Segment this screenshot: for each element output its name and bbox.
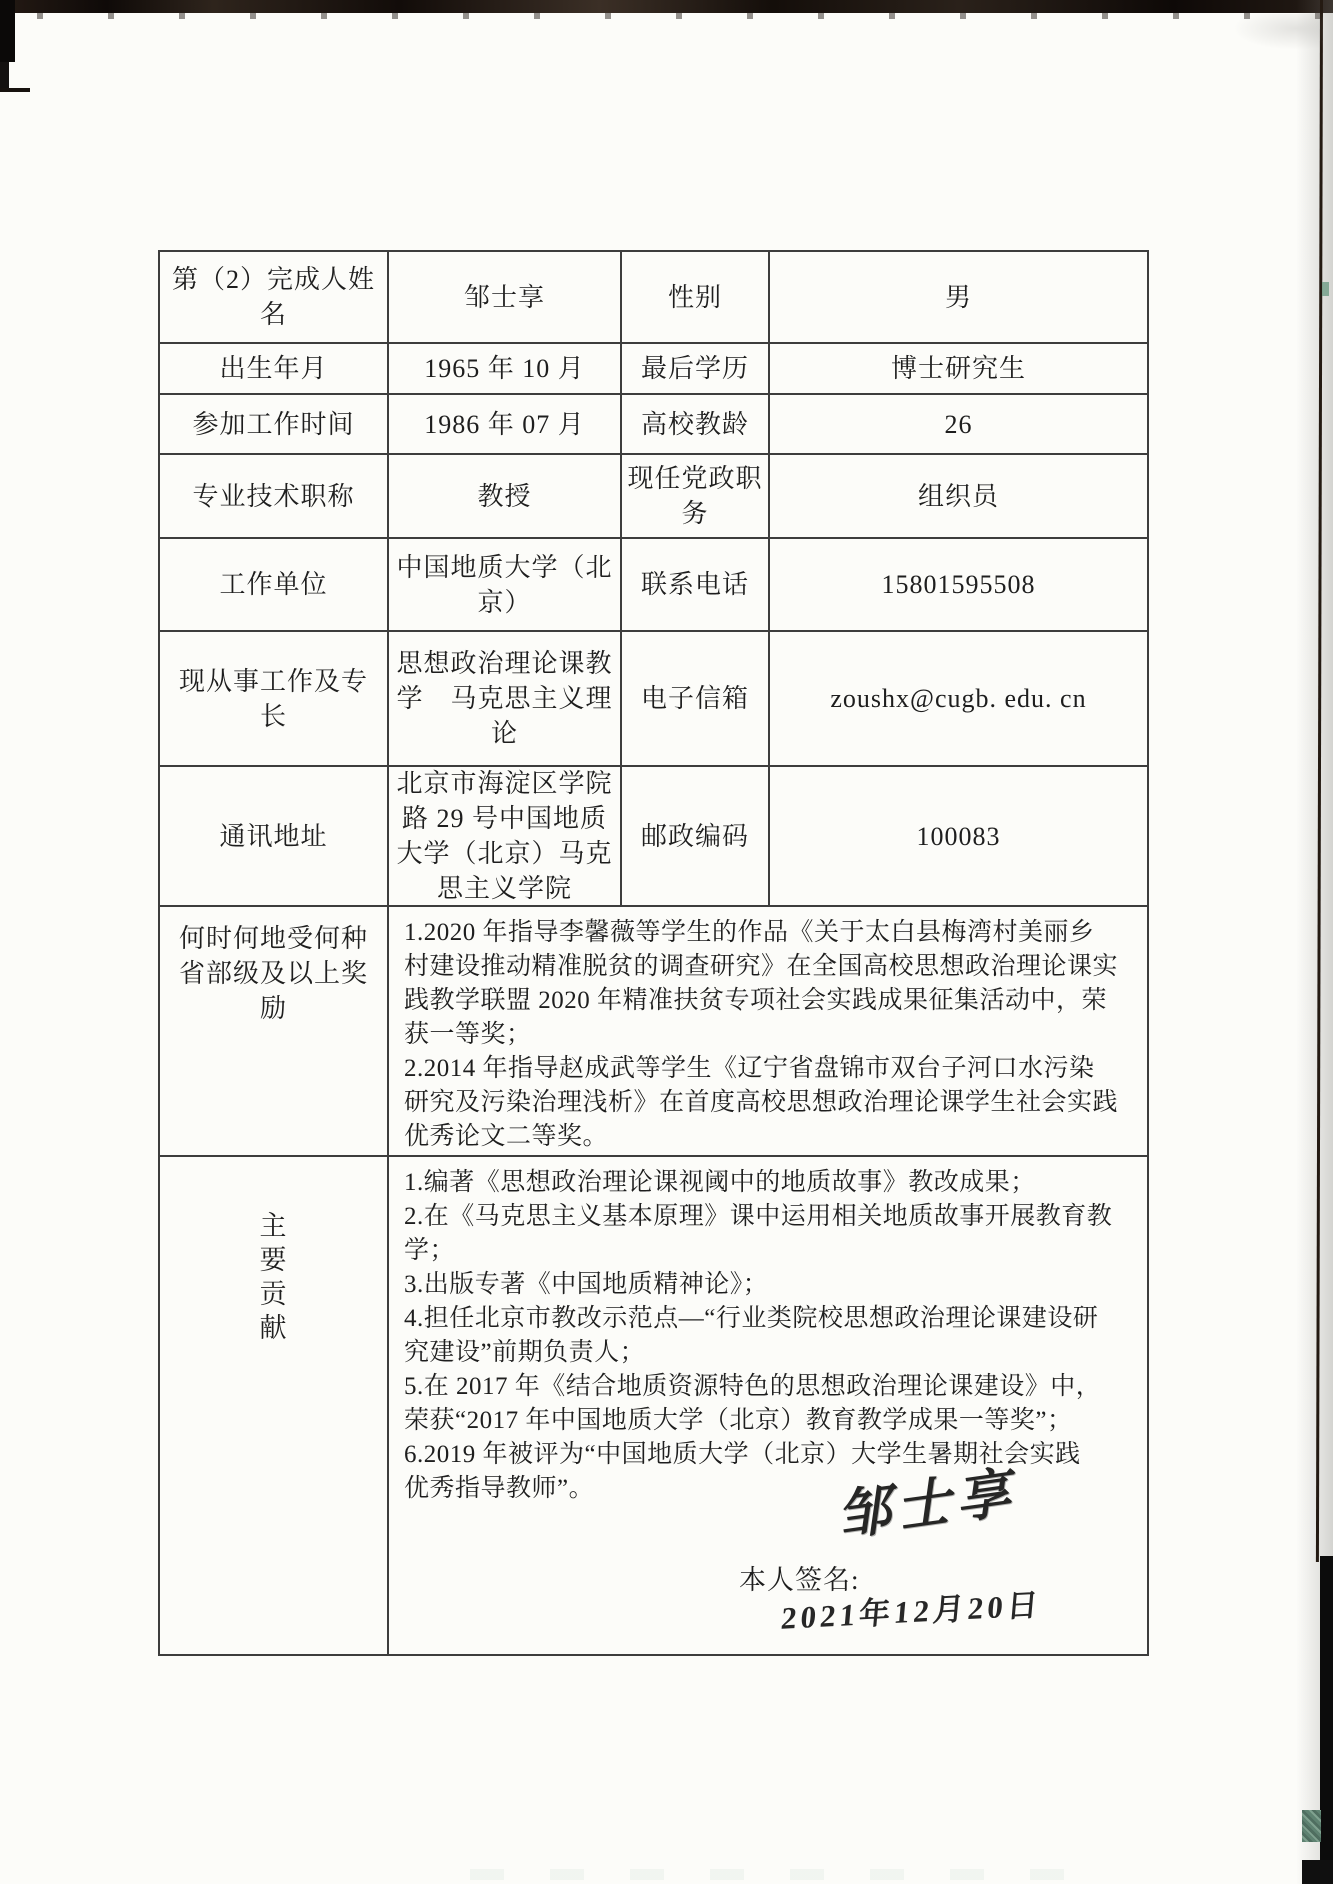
cell-value-awards: 1.2020 年指导李馨薇等学生的作品《关于太白县梅湾村美丽乡 村建设推动精准脱… xyxy=(389,907,1147,1157)
scan-right-edge-foot xyxy=(1302,1860,1333,1884)
cell-label-gender: 性别 xyxy=(622,252,770,344)
cell-label-work-start: 参加工作时间 xyxy=(160,395,389,455)
scan-edge-top xyxy=(0,0,1333,13)
cell-label-email: 电子信箱 xyxy=(622,632,770,767)
cell-value-employer: 中国地质大学（北 京） xyxy=(389,539,622,632)
cell-value-email: zoushx@cugb. edu. cn xyxy=(770,632,1147,767)
cell-value-name: 邹士享 xyxy=(389,252,622,344)
handwritten-signature: 邹士享 xyxy=(839,1474,1022,1534)
scan-right-edge-strip xyxy=(1320,1556,1333,1884)
cell-value-party-post: 组织员 xyxy=(770,455,1147,539)
scanned-form-page: 第（2）完成人姓 名 邹士享 性别 男 出生年月 1965 年 10 月 最后学… xyxy=(0,0,1333,1884)
cell-value-final-degree: 博士研究生 xyxy=(770,344,1147,395)
cell-label-party-post: 现任党政职 务 xyxy=(622,455,770,539)
cell-label-final-degree: 最后学历 xyxy=(622,344,770,395)
cell-label-teaching-years: 高校教龄 xyxy=(622,395,770,455)
cell-label-address: 通讯地址 xyxy=(160,767,389,907)
cell-label-postcode: 邮政编码 xyxy=(622,767,770,907)
cell-label-birth-date: 出生年月 xyxy=(160,344,389,395)
cell-value-postcode: 100083 xyxy=(770,767,1147,907)
cell-label-contributions: 主 要 贡 献 xyxy=(160,1157,389,1654)
cell-value-prof-title: 教授 xyxy=(389,455,622,539)
cell-value-contributions: 1.编著《思想政治理论课视阈中的地质故事》教改成果； 2.在《马克思主义基本原理… xyxy=(389,1157,1147,1654)
scan-corner-block-2 xyxy=(0,62,9,90)
scan-bottom-smudge xyxy=(470,1869,1070,1880)
cell-value-teaching-years: 26 xyxy=(770,395,1147,455)
cell-value-current-work: 思想政治理论课教 学 马克思主义理 论 xyxy=(389,632,622,767)
scan-teal-mark-top xyxy=(1322,282,1329,296)
cell-value-address: 北京市海淀区学院 路 29 号中国地质 大学（北京）马克 思主义学院 xyxy=(389,767,622,907)
personnel-form-table: 第（2）完成人姓 名 邹士享 性别 男 出生年月 1965 年 10 月 最后学… xyxy=(158,250,1149,1656)
scan-corner-tick xyxy=(0,88,30,92)
signature-label: 本人签名: xyxy=(739,1563,860,1597)
cell-label-awards: 何时何地受何种 省部级及以上奖 励 xyxy=(160,907,389,1157)
cell-label-phone: 联系电话 xyxy=(622,539,770,632)
cell-value-gender: 男 xyxy=(770,252,1147,344)
scan-corner-block xyxy=(0,0,15,62)
cell-label-employer: 工作单位 xyxy=(160,539,389,632)
scan-gray-fog xyxy=(1233,14,1323,50)
contributions-text: 1.编著《思想政治理论课视阈中的地质故事》教改成果； 2.在《马克思主义基本原理… xyxy=(404,1166,1112,1506)
cell-label-current-work: 现从事工作及专 长 xyxy=(160,632,389,767)
cell-value-work-start: 1986 年 07 月 xyxy=(389,395,622,455)
cell-value-phone: 15801595508 xyxy=(770,539,1147,632)
cell-label-completer-name: 第（2）完成人姓 名 xyxy=(160,252,389,344)
cell-value-birth-date: 1965 年 10 月 xyxy=(389,344,622,395)
scan-teal-mark-bottom xyxy=(1302,1810,1321,1842)
cell-label-prof-title: 专业技术职称 xyxy=(160,455,389,539)
